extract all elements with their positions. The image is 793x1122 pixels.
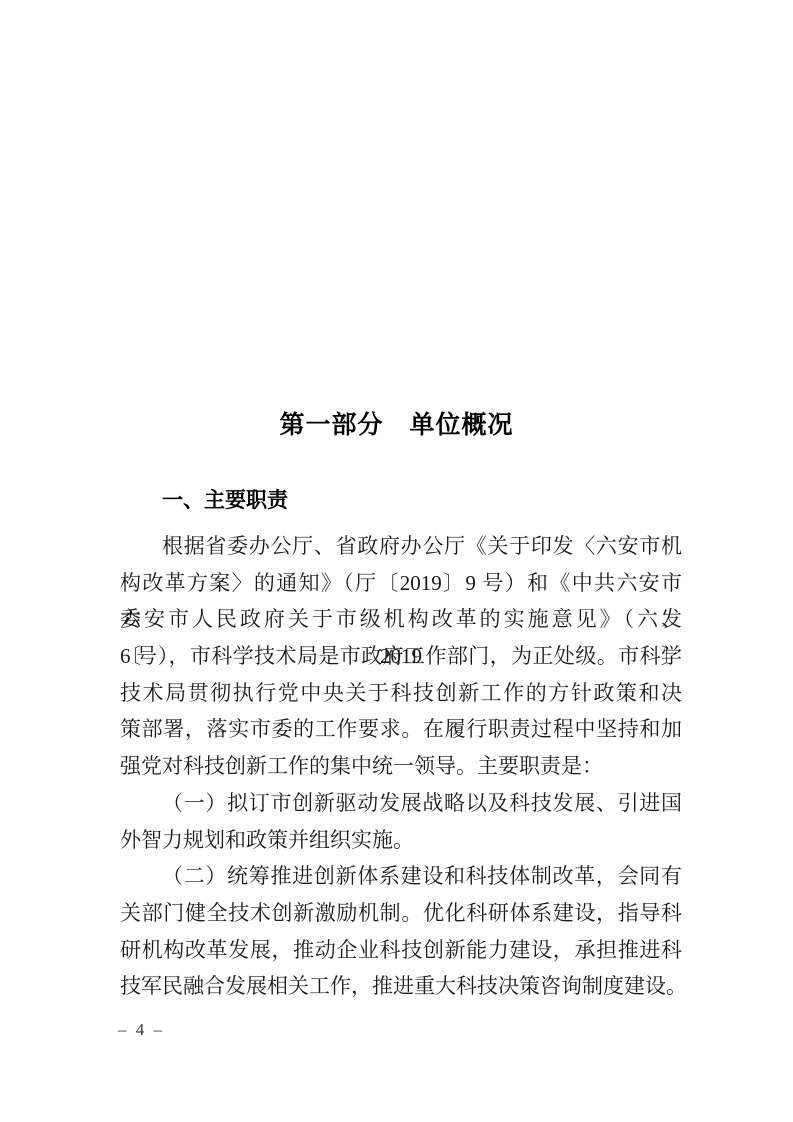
body-line: 技术局贯彻执行党中央关于科技创新工作的方针政策和决 [120, 675, 682, 712]
body-line: （一）拟订市创新驱动发展战略以及科技发展、引进国 [120, 785, 682, 822]
body-line: 外智力规划和政策并组织实施。 [120, 822, 682, 859]
body-line: 强党对科技创新工作的集中统一领导。主要职责是： [120, 748, 682, 785]
page-number: – 4 – [118, 1020, 162, 1040]
body-line: 关部门健全技术创新激励机制。优化科研体系建设，指导科 [120, 895, 682, 932]
body-line: （二）统筹推进创新体系建设和科技体制改革，会同有 [120, 858, 682, 895]
body-line: 技军民融合发展相关工作，推进重大科技决策咨询制度建设。 [120, 968, 682, 1005]
part-title: 第一部分 单位概况 [0, 408, 793, 442]
document-page: 第一部分 单位概况 一、主要职责 根据省委办公厅、省政府办公厅《关于印发〈六安市… [0, 0, 793, 1122]
body-line: 六安市人民政府关于市级机构改革的实施意见》（六发〔2019〕 [120, 601, 682, 638]
body-line: 根据省委办公厅、省政府办公厅《关于印发〈六安市机 [120, 528, 682, 565]
body-line: 研机构改革发展，推动企业科技创新能力建设，承担推进科 [120, 932, 682, 969]
body-line: 6 号），市科学技术局是市政府工作部门，为正处级。市科学 [120, 638, 682, 675]
body-text-block: 根据省委办公厅、省政府办公厅《关于印发〈六安市机 构改革方案〉的通知》（厅〔20… [120, 528, 682, 1005]
body-line: 构改革方案〉的通知》（厅〔2019〕9 号）和《中共六安市委、 [120, 565, 682, 602]
body-line: 策部署，落实市委的工作要求。在履行职责过程中坚持和加 [120, 711, 682, 748]
section-heading: 一、主要职责 [162, 488, 288, 514]
